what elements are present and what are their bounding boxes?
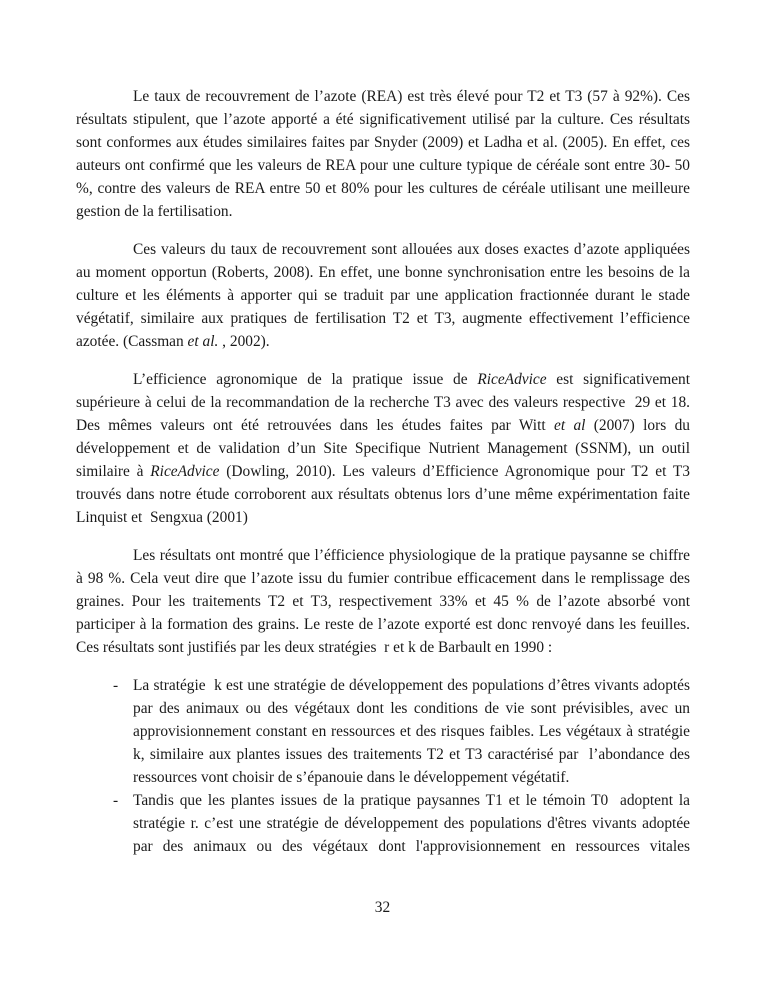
text-run: RiceAdvice	[477, 371, 546, 388]
paragraph-efficience-agronomique: L’efficience agronomique de la pratique …	[76, 368, 690, 529]
document-page: Le taux de recouvrement de l’azote (REA)…	[0, 0, 765, 990]
text-run: Tandis que les plantes issues de la prat…	[133, 792, 690, 855]
list-item-text: La stratégie k est une stratégie de déve…	[133, 677, 690, 786]
text-run: et al	[554, 417, 585, 434]
bullet-dash-icon: -	[113, 674, 118, 697]
list-item-text: Tandis que les plantes issues de la prat…	[133, 792, 690, 855]
text-run: RiceAdvice	[150, 463, 219, 480]
text-run: La stratégie k est une stratégie de déve…	[133, 677, 690, 786]
list-item-strategie-k: - La stratégie k est une stratégie de dé…	[76, 674, 690, 789]
text-run: et al.	[188, 333, 219, 350]
bullet-dash-icon: -	[113, 789, 118, 812]
paragraph-valeurs-recouvrement: Ces valeurs du taux de recouvrement sont…	[76, 238, 690, 353]
list-item-strategie-r: - Tandis que les plantes issues de la pr…	[76, 789, 690, 858]
strategy-bullet-list: - La stratégie k est une stratégie de dé…	[76, 674, 690, 858]
text-run: Le taux de recouvrement de l’azote (REA)…	[76, 88, 690, 220]
paragraph-taux-recouvrement: Le taux de recouvrement de l’azote (REA)…	[76, 85, 690, 223]
text-run: L’efficience agronomique de la pratique …	[133, 371, 477, 388]
text-run: Les résultats ont montré que l’éfficienc…	[76, 547, 690, 656]
paragraph-efficience-physiologique: Les résultats ont montré que l’éfficienc…	[76, 544, 690, 659]
text-run: , 2002).	[218, 333, 269, 350]
page-number: 32	[0, 896, 765, 919]
page-body: Le taux de recouvrement de l’azote (REA)…	[76, 85, 690, 858]
text-run: Ces valeurs du taux de recouvrement sont…	[76, 241, 690, 350]
